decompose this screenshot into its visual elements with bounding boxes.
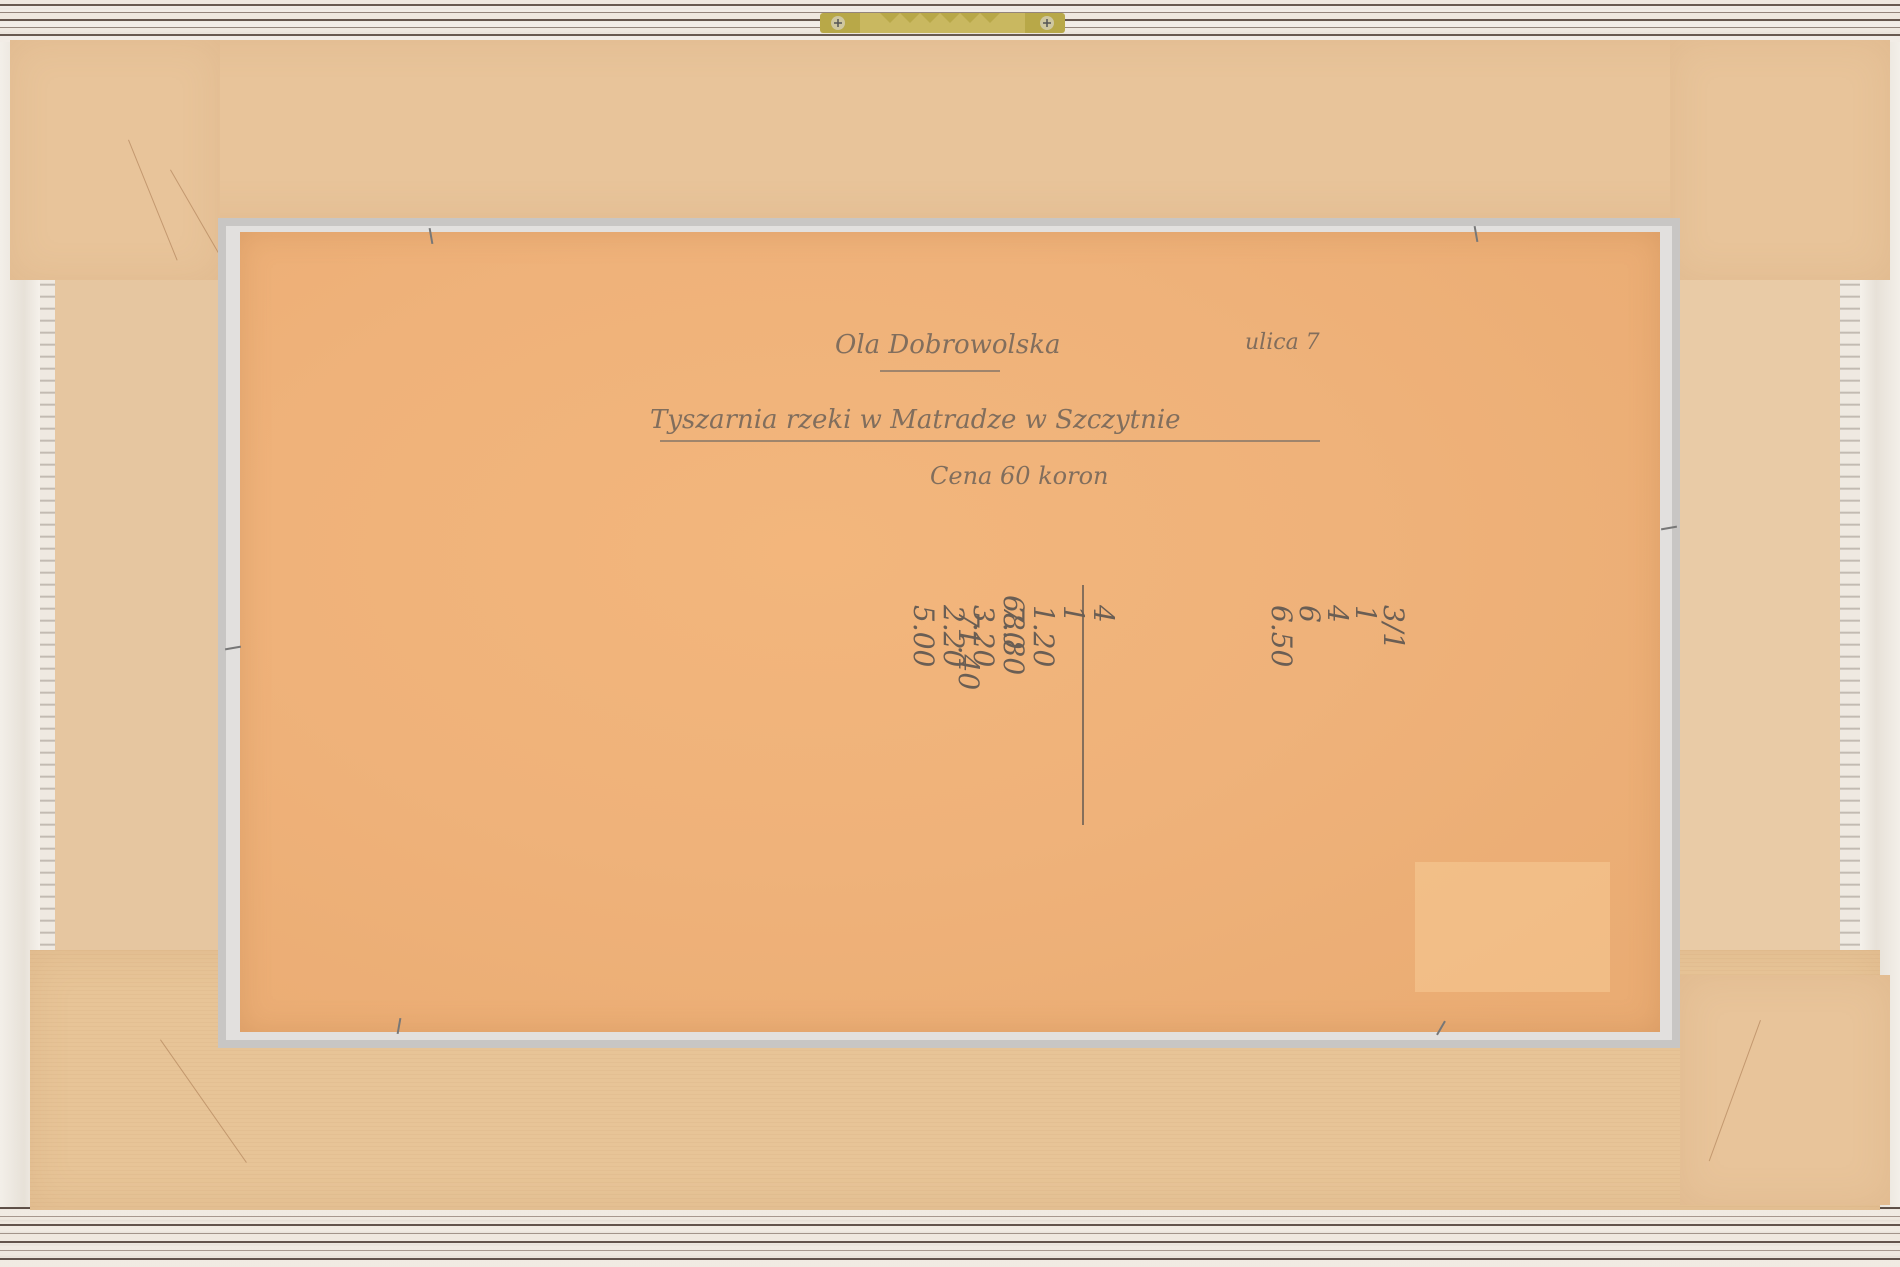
underline [880, 370, 1000, 372]
tape-left-top [10, 40, 220, 280]
inscription-address: ulica 7 [1245, 330, 1320, 355]
inscription-name: Ola Dobrowolska [835, 330, 1060, 360]
calc-entry: 4 [1086, 605, 1120, 623]
calc-entry: 6.50 [1264, 605, 1298, 667]
calc-entry: 1 [1056, 605, 1090, 623]
calc-entry: 5.00 [906, 605, 940, 667]
sawtooth-hanger-icon [820, 8, 1065, 38]
tape-right-bottom [1680, 975, 1890, 1205]
calc-entry: 3.20 [966, 605, 1000, 667]
underline [660, 440, 1320, 442]
backing-board-left [55, 280, 225, 960]
calc-entry: 2.20 [936, 605, 970, 667]
inscription-title: Tyszarnia rzeki w Matradze w Szczytnie [650, 405, 1181, 435]
backing-board-right [1680, 280, 1840, 980]
calc-entry: 1.20 [1026, 605, 1060, 667]
tape-right-top [1670, 40, 1890, 280]
calc-entry: 7.0 [996, 605, 1030, 650]
tape-top [10, 40, 1890, 218]
inscription-price: Cena 60 koron [930, 462, 1109, 490]
frame-bottom-rail [0, 1207, 1900, 1267]
paper-stain [1415, 862, 1610, 992]
